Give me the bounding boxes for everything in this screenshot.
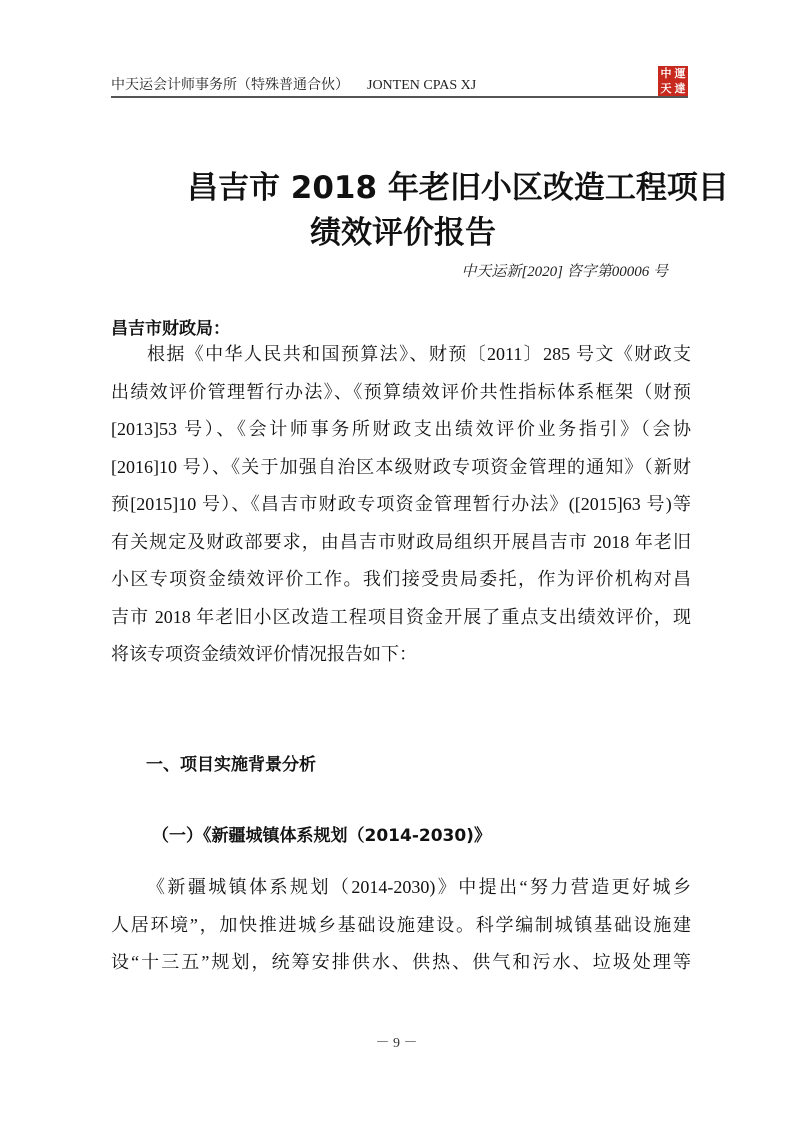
intro-paragraph: 根据《中华人民共和国预算法》、财预〔2011〕285 号文《财政支 出绩效评价管…: [111, 336, 691, 674]
subsection-heading: （一）《新疆城镇体系规划（2014-2030)》: [152, 821, 491, 846]
paragraph-line: 人居环境”，加快推进城乡基础设施建设。科学编制城镇基础设施建: [111, 907, 691, 945]
firm-name-en: JONTEN CPAS XJ: [367, 78, 476, 93]
paragraph-line: 吉市 2018 年老旧小区改造工程项目资金开展了重点支出绩效评价，现: [111, 599, 691, 637]
paragraph-line: [2013]53 号）、《会计师事务所财政支出绩效评价业务指引》（会协: [111, 411, 691, 449]
paragraph-line: 《新疆城镇体系规划（2014-2030)》中提出“努力营造更好城乡: [111, 869, 691, 907]
background-paragraph: 《新疆城镇体系规划（2014-2030)》中提出“努力营造更好城乡 人居环境”，…: [111, 869, 691, 982]
report-title-line1: 昌吉市 2018 年老旧小区改造工程项目: [187, 162, 793, 207]
firm-logo-icon: 中運天達: [658, 66, 688, 96]
paragraph-line: 设“十三五”规划，统筹安排供水、供热、供气和污水、垃圾处理等: [111, 944, 691, 982]
paragraph-line: 小区专项资金绩效评价工作。我们接受贵局委托，作为评价机构对昌: [111, 561, 691, 599]
logo-char: 運: [673, 67, 687, 80]
paragraph-line: [2016]10 号）、《关于加强自治区本级财政专项资金管理的通知》（新财: [111, 449, 691, 487]
report-title-line2: 绩效评价报告: [310, 207, 793, 252]
page-number: － 9 －: [0, 1032, 793, 1052]
section-heading: 一、项目实施背景分析: [146, 750, 316, 775]
document-number: 中天运新[2020] 咨字第00006 号: [461, 260, 668, 281]
paragraph-line: 有关规定及财政部要求，由昌吉市财政局组织开展昌吉市 2018 年老旧: [111, 524, 691, 562]
logo-char: 中: [659, 67, 673, 80]
logo-char: 達: [673, 82, 687, 95]
paragraph-line: 根据《中华人民共和国预算法》、财预〔2011〕285 号文《财政支: [111, 336, 691, 374]
page-header: 中天运会计师事务所（特殊普通合伙）JONTEN CPAS XJ: [111, 72, 691, 96]
header-firm-name: 中天运会计师事务所（特殊普通合伙）JONTEN CPAS XJ: [111, 74, 476, 94]
paragraph-line: 将该专项资金绩效评价情况报告如下：: [111, 636, 691, 674]
logo-char: 天: [659, 82, 673, 95]
firm-name-cn: 中天运会计师事务所（特殊普通合伙）: [111, 78, 349, 93]
header-divider: [111, 96, 688, 98]
paragraph-line: 预[2015]10 号）、《昌吉市财政专项资金管理暂行办法》([2015]63 …: [111, 486, 691, 524]
paragraph-line: 出绩效评价管理暂行办法》、《预算绩效评价共性指标体系框架（财预: [111, 374, 691, 412]
